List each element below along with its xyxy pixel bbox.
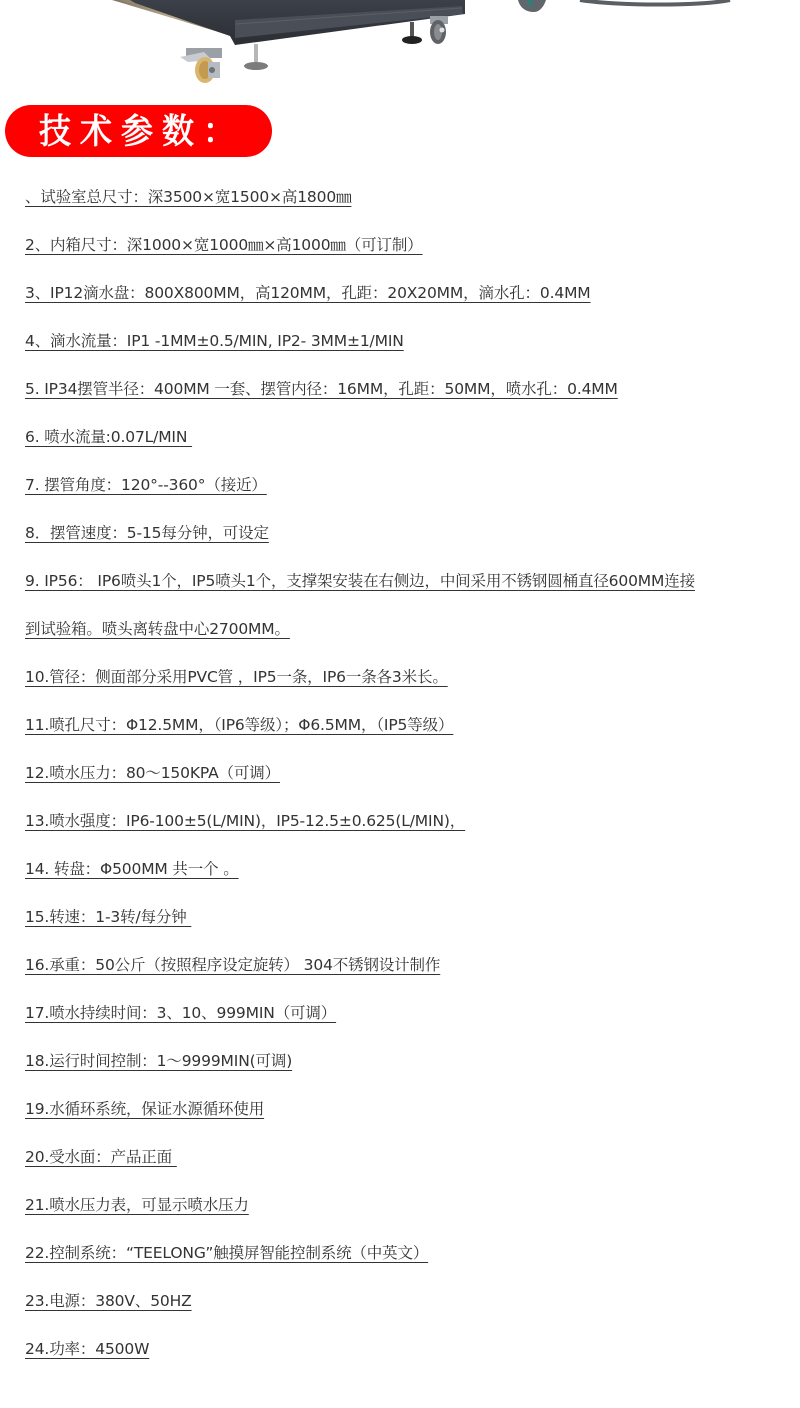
spec-item-21: 21.喷水压力表，可显示喷水压力 — [25, 1192, 795, 1240]
spec-text: 18.运行时间控制：1～9999MIN(可调) — [25, 1052, 292, 1070]
spec-text: 、试验室总尺寸：深3500×宽1500×高1800㎜ — [25, 188, 351, 206]
spec-item-3: 3、IP12滴水盘：800X800MM，高120MM，孔距：20X20MM，滴水… — [25, 280, 795, 328]
spec-text: 3、IP12滴水盘：800X800MM，高120MM，孔距：20X20MM，滴水… — [25, 284, 591, 302]
spec-item-19: 19.水循环系统，保证水源循环使用 — [25, 1096, 795, 1144]
spec-item-22: 22.控制系统：“TEELONG”触摸屏智能控制系统（中英文） — [25, 1240, 795, 1288]
spec-text: 8．摆管速度：5-15每分钟，可设定 — [25, 524, 269, 542]
spec-item-18: 18.运行时间控制：1～9999MIN(可调) — [25, 1048, 795, 1096]
spec-item-11: 11.喷孔尺寸：Φ12.5MM，（IP6等级）；Φ6.5MM，（IP5等级） — [25, 712, 795, 760]
spec-item-14: 14. 转盘：Φ500MM 共一个 。 — [25, 856, 795, 904]
spec-item-7: 7. 摆管角度：120°--360°（接近） — [25, 472, 795, 520]
spec-text: 13.喷水强度：IP6-100±5(L/MIN)，IP5-12.5±0.625(… — [25, 812, 465, 830]
section-title: 技术参数： — [33, 114, 244, 149]
section-title-badge: 技术参数： — [5, 105, 272, 157]
spec-item-8: 8．摆管速度：5-15每分钟，可设定 — [25, 520, 795, 568]
spec-text: 9. IP56： IP6喷头1个，IP5喷头1个，支撑架安装在右侧边，中间采用不… — [25, 572, 695, 590]
spec-text: 21.喷水压力表，可显示喷水压力 — [25, 1196, 249, 1214]
spec-text: 6. 喷水流量:0.07L/MIN — [25, 428, 192, 446]
spec-list: 、试验室总尺寸：深3500×宽1500×高1800㎜ 2、内箱尺寸：深1000×… — [25, 184, 795, 1384]
spec-text: 19.水循环系统，保证水源循环使用 — [25, 1100, 264, 1118]
spec-text: 14. 转盘：Φ500MM 共一个 。 — [25, 860, 239, 878]
spec-text: 10.管径：侧面部分采用PVC管 ，IP5一条，IP6一条各3米长。 — [25, 668, 448, 686]
spec-item-5: 5. IP34摆管半径：400MM 一套、摆管内径：16MM，孔距：50MM，喷… — [25, 376, 795, 424]
spec-item-10: 10.管径：侧面部分采用PVC管 ，IP5一条，IP6一条各3米长。 — [25, 664, 795, 712]
spec-text: 15.转速：1-3转/每分钟 — [25, 908, 191, 926]
spec-item-23: 23.电源：380V、50HZ — [25, 1288, 795, 1336]
spec-item-2: 2、内箱尺寸：深1000×宽1000㎜×高1000㎜（可订制） — [25, 232, 795, 280]
product-photo-graphic — [0, 0, 800, 90]
spec-text: 24.功率：4500W — [25, 1340, 149, 1358]
spec-text: 2、内箱尺寸：深1000×宽1000㎜×高1000㎜（可订制） — [25, 236, 423, 254]
spec-text: 22.控制系统：“TEELONG”触摸屏智能控制系统（中英文） — [25, 1244, 428, 1262]
spec-text: 7. 摆管角度：120°--360°（接近） — [25, 476, 267, 494]
spec-text: 20.受水面：产品正面 — [25, 1148, 177, 1166]
spec-text: 12.喷水压力：80～150KPA（可调） — [25, 764, 280, 782]
spec-text: 23.电源：380V、50HZ — [25, 1292, 192, 1310]
spec-item-24: 24.功率：4500W — [25, 1336, 795, 1384]
spec-item-4: 4、滴水流量：IP1 -1MM±0.5/MIN, IP2- 3MM±1/MIN — [25, 328, 795, 376]
spec-item-6: 6. 喷水流量:0.07L/MIN — [25, 424, 795, 472]
spec-text: 5. IP34摆管半径：400MM 一套、摆管内径：16MM，孔距：50MM，喷… — [25, 380, 618, 398]
spec-item-16: 16.承重：50公斤（按照程序设定旋转） 304不锈钢设计制作 — [25, 952, 795, 1000]
spec-item-9-continued: 到试验箱。喷头离转盘中心2700MM。 — [25, 616, 795, 664]
spec-text: 到试验箱。喷头离转盘中心2700MM。 — [25, 620, 290, 638]
spec-item-12: 12.喷水压力：80～150KPA（可调） — [25, 760, 795, 808]
spec-item-9: 9. IP56： IP6喷头1个，IP5喷头1个，支撑架安装在右侧边，中间采用不… — [25, 568, 795, 616]
spec-item-17: 17.喷水持续时间：3、10、999MIN（可调） — [25, 1000, 795, 1048]
spec-item-13: 13.喷水强度：IP6-100±5(L/MIN)，IP5-12.5±0.625(… — [25, 808, 795, 856]
spec-text: 17.喷水持续时间：3、10、999MIN（可调） — [25, 1004, 336, 1022]
spec-item-1: 、试验室总尺寸：深3500×宽1500×高1800㎜ — [25, 184, 795, 232]
spec-text: 4、滴水流量：IP1 -1MM±0.5/MIN, IP2- 3MM±1/MIN — [25, 332, 404, 350]
spec-item-20: 20.受水面：产品正面 — [25, 1144, 795, 1192]
spec-text: 11.喷孔尺寸：Φ12.5MM，（IP6等级）；Φ6.5MM，（IP5等级） — [25, 716, 453, 734]
spec-item-15: 15.转速：1-3转/每分钟 — [25, 904, 795, 952]
spec-text: 16.承重：50公斤（按照程序设定旋转） 304不锈钢设计制作 — [25, 956, 440, 974]
product-photo — [0, 0, 800, 90]
